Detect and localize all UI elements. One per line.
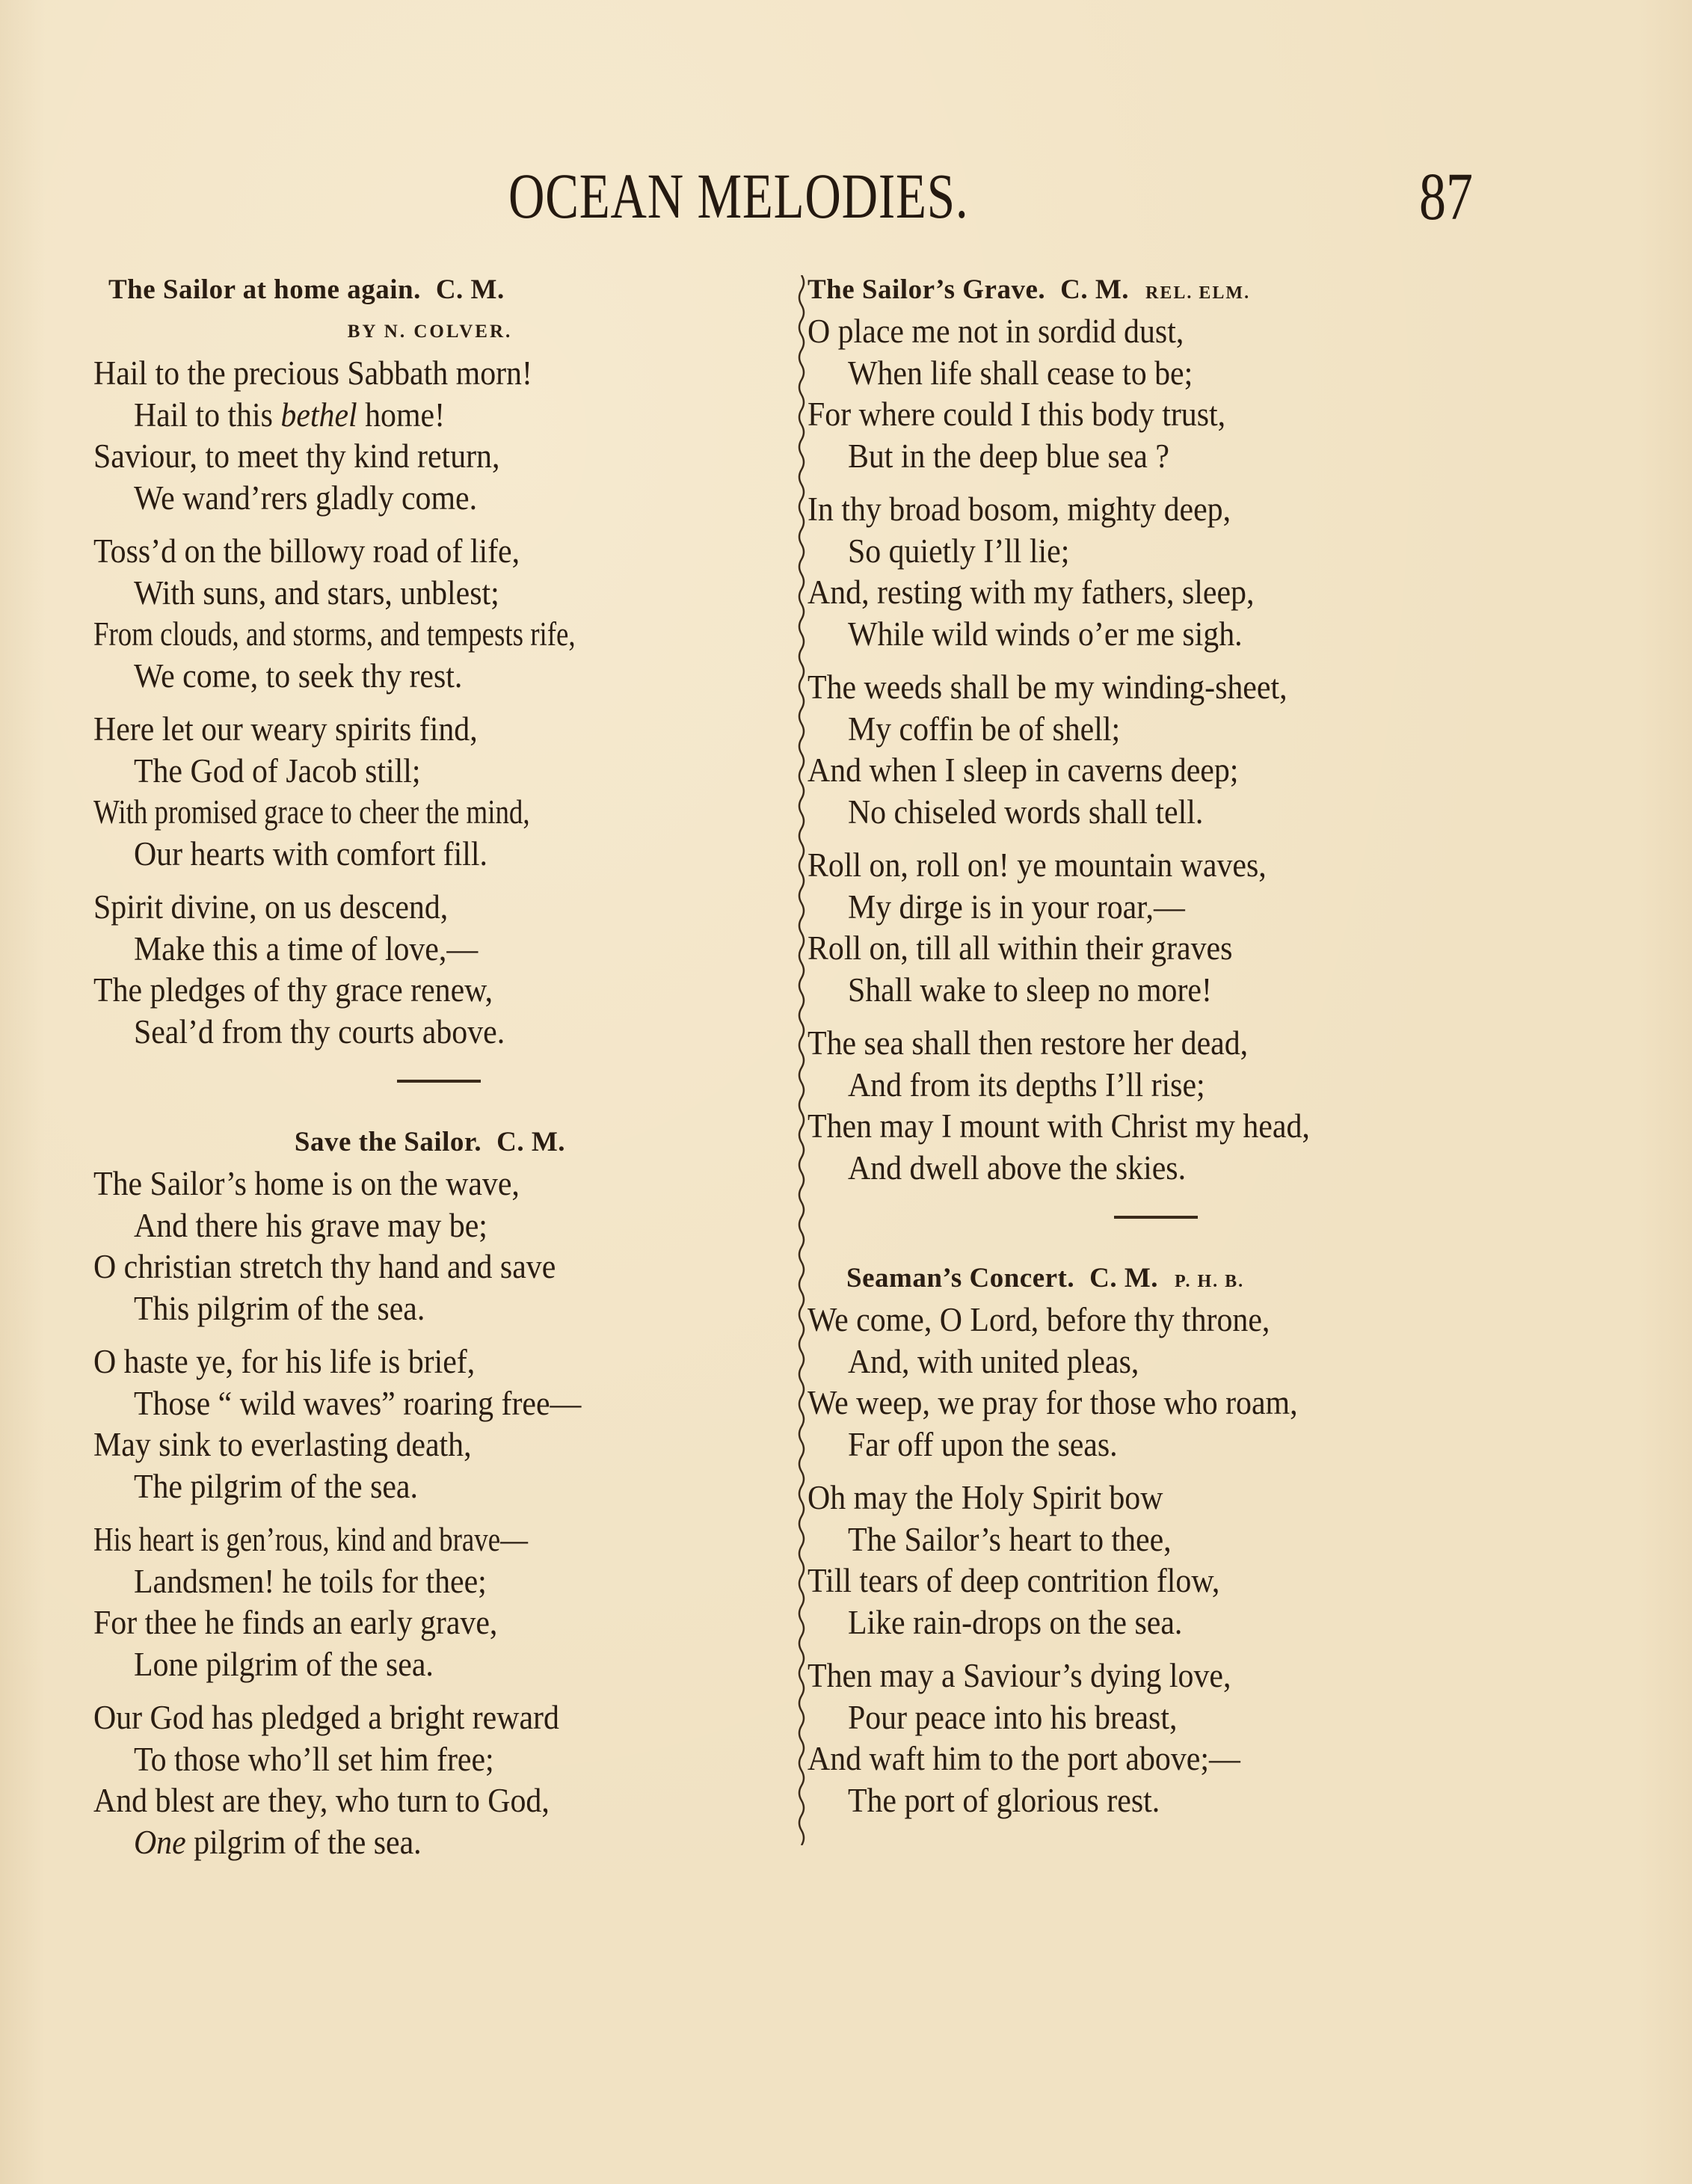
verse-line: This pilgrim of the sea. <box>93 1288 719 1330</box>
running-title: OCEAN MELODIES. <box>508 159 968 233</box>
verse-line: Saviour, to meet thy kind return, <box>93 436 719 478</box>
verse-italic: One <box>134 1824 186 1861</box>
stanza: The weeds shall be my winding-sheet, My … <box>807 667 1510 833</box>
verse-line: Make this a time of love,— <box>93 929 719 971</box>
verse-line: We come, O Lord, before thy throne, <box>807 1299 1461 1341</box>
stanza: Hail to the precious Sabbath morn! Hail … <box>93 353 766 519</box>
verse-line: We weep, we pray for those who roam, <box>807 1382 1461 1424</box>
verse-text: pilgrim of the sea. <box>186 1824 422 1861</box>
left-column: The Sailor at home again.C. M. BY N. COL… <box>93 269 766 1875</box>
hymn-meter: C. M. <box>496 1127 565 1157</box>
stanza: His heart is gen’rous, kind and brave— L… <box>93 1519 766 1685</box>
stanza: O haste ye, for his life is brief, Those… <box>93 1341 766 1507</box>
verse-line: For thee he finds an early grave, <box>93 1602 719 1644</box>
verse-line: While wild winds o’er me sigh. <box>807 614 1461 656</box>
section-divider-rule <box>1114 1216 1198 1219</box>
hymn-author: BY N. COLVER. <box>93 311 766 353</box>
stanza: In thy broad bosom, mighty deep, So quie… <box>807 489 1510 655</box>
verse-line: Till tears of deep contrition flow, <box>807 1560 1461 1602</box>
verse-line: Roll on, roll on! ye mountain waves, <box>807 845 1461 887</box>
verse-line: And there his grave may be; <box>93 1205 719 1247</box>
verse-line: And when I sleep in caverns deep; <box>807 750 1461 792</box>
hymn-save-the-sailor: Save the Sailor.C. M. The Sailor’s home … <box>93 1122 766 1863</box>
stanza: Here let our weary spirits find, The God… <box>93 709 766 875</box>
verse-line: Oh may the Holy Spirit bow <box>807 1477 1461 1519</box>
hymn-title-text: Save the Sailor. <box>295 1127 482 1157</box>
verse-line: The sea shall then restore her dead, <box>807 1023 1461 1065</box>
verse-line: My dirge is in your roar,— <box>807 887 1461 929</box>
verse-line: Lone pilgrim of the sea. <box>93 1644 719 1686</box>
hymn-title-text: Seaman’s Concert. <box>846 1263 1074 1294</box>
verse-line: Landsmen! he toils for thee; <box>93 1561 719 1603</box>
verse-line: Our God has pledged a bright reward <box>93 1697 719 1739</box>
verse-line: And dwell above the skies. <box>807 1148 1461 1190</box>
stanza: Toss’d on the billowy road of life, With… <box>93 531 766 697</box>
verse-line: From clouds, and storms, and tempests ri… <box>93 614 645 656</box>
verse-line: Roll on, till all within their graves <box>807 928 1461 970</box>
verse-line: In thy broad bosom, mighty deep, <box>807 489 1461 531</box>
verse-line: And from its depths I’ll rise; <box>807 1065 1461 1107</box>
verse-line: Here let our weary spirits find, <box>93 709 719 751</box>
verse-line: The God of Jacob still; <box>93 751 719 793</box>
verse-line: Spirit divine, on us descend, <box>93 887 719 929</box>
verse-line: The pledges of thy grace renew, <box>93 970 719 1012</box>
hymn-meter: C. M. <box>436 274 505 305</box>
verse-line: Toss’d on the billowy road of life, <box>93 531 719 573</box>
stanza: The sea shall then restore her dead, And… <box>807 1023 1510 1189</box>
verse-text: home! <box>357 396 445 434</box>
verse-line: The Sailor’s heart to thee, <box>807 1519 1461 1561</box>
verse-line: My coffin be of shell; <box>807 709 1461 751</box>
verse-line: Then may a Saviour’s dying love, <box>807 1655 1461 1697</box>
hymn-title: The Sailor at home again.C. M. <box>93 269 766 311</box>
verse-line: Hail to the precious Sabbath morn! <box>93 353 719 395</box>
verse-line: For where could I this body trust, <box>807 394 1461 436</box>
verse-line: But in the deep blue sea ? <box>807 436 1461 478</box>
verse-line: To those who’ll set him free; <box>93 1739 719 1781</box>
stanza: Oh may the Holy Spirit bow The Sailor’s … <box>807 1477 1510 1643</box>
verse-line: Our hearts with comfort fill. <box>93 834 719 876</box>
verse-line: With suns, and stars, unblest; <box>93 573 719 615</box>
hymn-title: The Sailor’s Grave.C. M.REL. ELM. <box>807 269 1510 311</box>
verse-line: O place me not in sordid dust, <box>807 311 1461 353</box>
hymn-meter: C. M. <box>1060 274 1129 305</box>
verse-line: And, resting with my fathers, sleep, <box>807 572 1461 614</box>
verse-line: No chiseled words shall tell. <box>807 792 1461 834</box>
hymn-sailor-at-home-again: The Sailor at home again.C. M. BY N. COL… <box>93 269 766 1053</box>
verse-line: One pilgrim of the sea. <box>93 1822 719 1864</box>
stanza: Then may a Saviour’s dying love, Pour pe… <box>807 1655 1510 1821</box>
stanza: Roll on, roll on! ye mountain waves, My … <box>807 845 1510 1011</box>
book-page: OCEAN MELODIES. 87 The Sailor at home ag… <box>0 0 1692 2184</box>
hymn-credit: P. H. B. <box>1175 1272 1244 1291</box>
section-divider-rule <box>397 1080 481 1083</box>
hymn-seamans-concert: Seaman’s Concert.C. M.P. H. B. We come, … <box>807 1258 1510 1821</box>
verse-line: When life shall cease to be; <box>807 353 1461 395</box>
verse-line: So quietly I’ll lie; <box>807 531 1461 573</box>
hymn-title: Seaman’s Concert.C. M.P. H. B. <box>807 1258 1510 1299</box>
hymn-sailors-grave: The Sailor’s Grave.C. M.REL. ELM. O plac… <box>807 269 1510 1189</box>
verse-italic: bethel <box>280 396 357 434</box>
verse-line: With promised grace to cheer the mind, <box>93 792 645 834</box>
verse-text: Hail to this <box>134 396 280 434</box>
verse-line: Like rain-drops on the sea. <box>807 1602 1461 1644</box>
verse-line: His heart is gen’rous, kind and brave— <box>93 1519 645 1561</box>
page-number: 87 <box>1419 159 1473 236</box>
verse-line: Those “ wild waves” roaring free— <box>93 1383 719 1425</box>
hymn-meter: C. M. <box>1089 1263 1158 1294</box>
hymn-title-text: The Sailor’s Grave. <box>807 274 1045 305</box>
verse-line: Seal’d from thy courts above. <box>93 1012 719 1053</box>
verse-line: Then may I mount with Christ my head, <box>807 1106 1461 1148</box>
verse-line: And blest are they, who turn to God, <box>93 1780 719 1822</box>
stanza: The Sailor’s home is on the wave, And th… <box>93 1163 766 1329</box>
verse-line: We wand’rers gladly come. <box>93 478 719 520</box>
verse-line: Hail to this bethel home! <box>93 395 719 437</box>
verse-line: We come, to seek thy rest. <box>93 656 719 698</box>
hymn-title: Save the Sailor.C. M. <box>93 1122 766 1163</box>
stanza: O place me not in sordid dust, When life… <box>807 311 1510 477</box>
verse-line: May sink to everlasting death, <box>93 1424 719 1466</box>
verse-line: And waft him to the port above;— <box>807 1738 1461 1780</box>
verse-line: Far off upon the seas. <box>807 1424 1461 1466</box>
verse-line: The pilgrim of the sea. <box>93 1466 719 1508</box>
right-column: The Sailor’s Grave.C. M.REL. ELM. O plac… <box>807 269 1510 1833</box>
verse-line: O christian stretch thy hand and save <box>93 1246 719 1288</box>
verse-line: O haste ye, for his life is brief, <box>93 1341 719 1383</box>
verse-line: Pour peace into his breast, <box>807 1697 1461 1739</box>
stanza: Our God has pledged a bright reward To t… <box>93 1697 766 1863</box>
verse-line: And, with united pleas, <box>807 1341 1461 1383</box>
hymn-credit: REL. ELM. <box>1145 283 1250 303</box>
verse-line: The port of glorious rest. <box>807 1780 1461 1822</box>
running-head: OCEAN MELODIES. 87 <box>0 159 1692 226</box>
verse-line: The weeds shall be my winding-sheet, <box>807 667 1461 709</box>
hymn-title-text: The Sailor at home again. <box>108 274 421 305</box>
stanza: Spirit divine, on us descend, Make this … <box>93 887 766 1053</box>
verse-line: The Sailor’s home is on the wave, <box>93 1163 719 1205</box>
stanza: We come, O Lord, before thy throne, And,… <box>807 1299 1510 1465</box>
verse-line: Shall wake to sleep no more! <box>807 970 1461 1012</box>
